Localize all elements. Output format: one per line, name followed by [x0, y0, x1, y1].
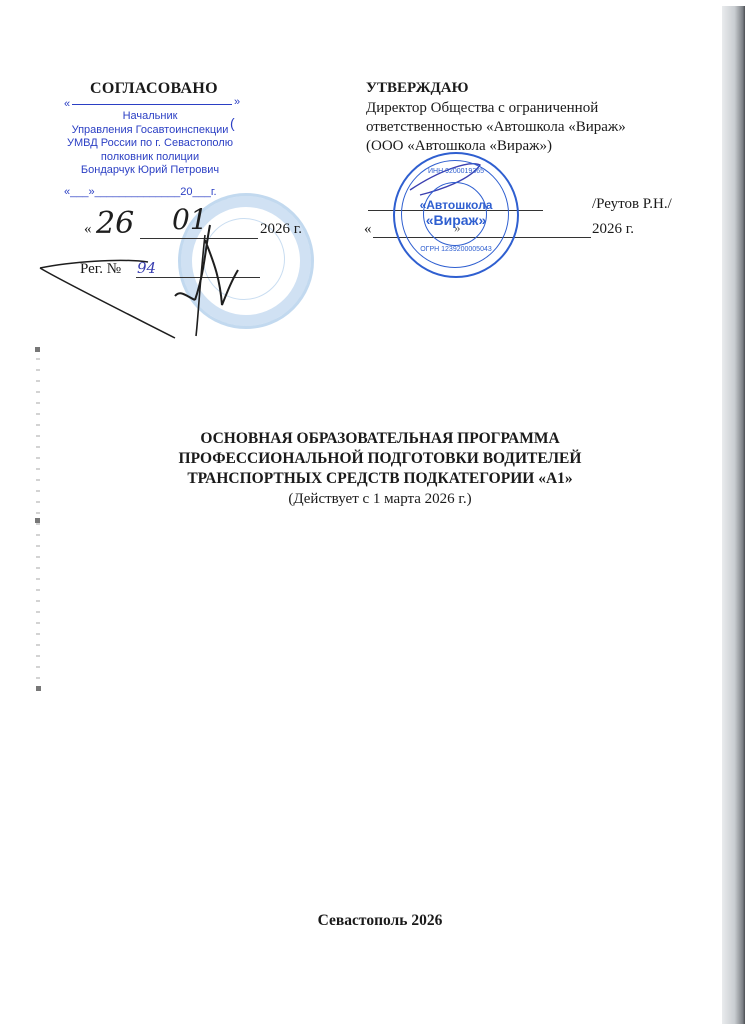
title-line-3: ТРАНСПОРТНЫХ СРЕДСТВ ПОДКАТЕГОРИИ «А1»: [150, 469, 610, 489]
approve-heading: УТВЕРЖДАЮ: [366, 80, 469, 97]
approver-position: Директор Общества с ограниченной ответст…: [366, 99, 706, 156]
program-title: ОСНОВНАЯ ОБРАЗОВАТЕЛЬНАЯ ПРОГРАММА ПРОФЕ…: [150, 429, 610, 489]
signer-name: /Реутов Р.Н./: [592, 196, 672, 213]
seal-ogrn: ОГРН 1239200005043: [395, 246, 517, 253]
seal-center-line-1: «Автошкола: [395, 198, 517, 212]
title-line-1: ОСНОВНАЯ ОБРАЗОВАТЕЛЬНАЯ ПРОГРАММА: [150, 429, 610, 449]
city-year: Севастополь 2026: [150, 912, 610, 930]
company-seal: ИНН 9200019365 «Автошкола «Вираж» ОГРН 1…: [393, 152, 519, 278]
title-line-2: ПРОФЕССИОНАЛЬНОЙ ПОДГОТОВКИ ВОДИТЕЛЕЙ: [150, 449, 610, 469]
effective-date: (Действует с 1 марта 2026 г.): [150, 491, 610, 508]
seal-center-line-2: «Вираж»: [395, 212, 517, 228]
stitch-mark: [35, 518, 40, 523]
date-open-quote-right: «: [364, 221, 372, 238]
date-year-right: 2026 г.: [592, 221, 634, 238]
position-line-1: Директор Общества с ограниченной: [366, 99, 706, 118]
scanned-document-page: СОГЛАСОВАНО « » Начальник Управления Гос…: [0, 0, 745, 1024]
position-line-2: ответственностью «Автошкола «Вираж»: [366, 118, 706, 137]
stitch-mark: [36, 686, 41, 691]
position-line-3: (ООО «Автошкола «Вираж»): [366, 137, 706, 156]
seal-inn: ИНН 9200019365: [395, 168, 517, 175]
